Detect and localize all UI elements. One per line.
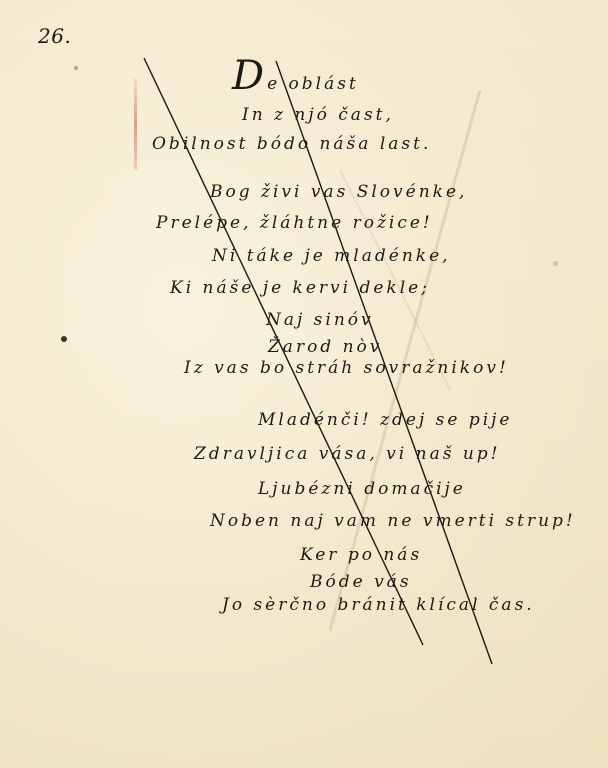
verse-line: Prelépe, žláhtne rožice! bbox=[156, 215, 433, 232]
red-margin-mark bbox=[134, 78, 137, 170]
verse-line: Mladénči! zdej se pije bbox=[258, 412, 512, 429]
verse-line: Ki náše je kervi dekle; bbox=[170, 280, 430, 297]
verse-line: Naj sinóv bbox=[266, 312, 374, 329]
manuscript-page: 26. De oblást In z njó čast, Obilnost bó… bbox=[0, 0, 608, 768]
ink-speck bbox=[61, 336, 67, 342]
verse-line: In z njó čast, bbox=[242, 107, 394, 124]
page-number: 26. bbox=[38, 24, 71, 48]
verse-line: Obilnost bódo náša last. bbox=[152, 136, 431, 153]
verse-line: Žarod nòv bbox=[268, 339, 382, 356]
verse-line: Bóde vás bbox=[310, 574, 412, 591]
paper-hole bbox=[553, 261, 558, 266]
verse-line: Jo sèrčno bránit klícal čas. bbox=[222, 597, 535, 614]
verse-line: Iz vas bo stráh sovražnikov! bbox=[184, 360, 509, 377]
verse-line: Zdravljica vása, vi naš up! bbox=[194, 446, 501, 463]
stain-speck bbox=[74, 66, 78, 70]
verse-line: Ljubézni domačije bbox=[258, 481, 466, 498]
verse-line: De oblást bbox=[232, 56, 359, 96]
verse-line: Noben naj vam ne vmerti strup! bbox=[210, 513, 576, 530]
verse-line: Ker po nás bbox=[300, 547, 422, 564]
verse-line: Bog živi vas Slovénke, bbox=[210, 184, 467, 201]
verse-line: Ni táke je mladénke, bbox=[212, 248, 451, 265]
